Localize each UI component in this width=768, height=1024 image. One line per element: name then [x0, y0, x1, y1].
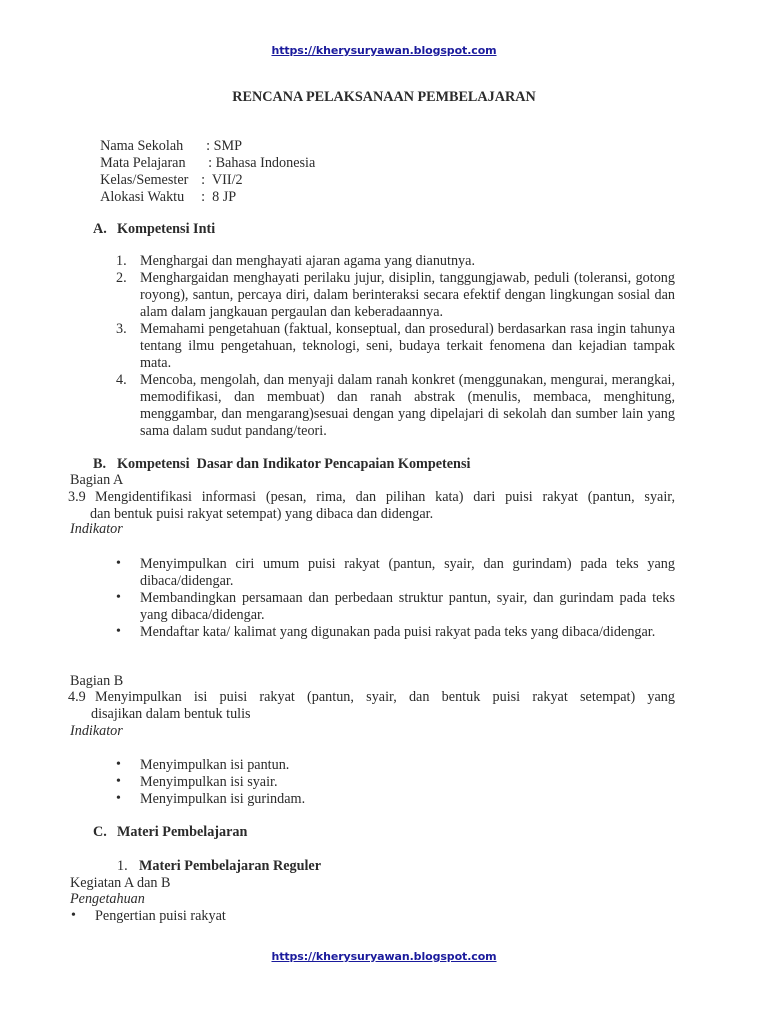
section-a-heading: A.Kompetensi Inti	[93, 221, 215, 238]
kd-line-2: disajikan dalam bentuk tulis	[70, 706, 675, 723]
section-c-marker: C.	[93, 824, 117, 841]
kd-code: 3.9	[69, 489, 95, 506]
indikator-a-item-3: • Mendaftar kata/ kalimat yang digunakan…	[140, 624, 675, 641]
pengetahuan-text: Pengertian puisi rakyat	[95, 908, 226, 924]
bullet-icon: •	[71, 908, 91, 925]
header-blog-link[interactable]: https://kherysuryawan.blogspot.com	[0, 43, 768, 60]
section-b-heading: B.Kompetensi Dasar dan Indikator Pencapa…	[93, 456, 470, 473]
indikator-a-item-1: • Menyimpulkan ciri umum puisi rakyat (p…	[140, 556, 675, 590]
section-c-heading: C.Materi Pembelajaran	[93, 824, 247, 841]
indikator-b-label: Indikator	[70, 723, 123, 740]
bagian-b-label: Bagian B	[70, 673, 123, 690]
section-c-title: Materi Pembelajaran	[117, 824, 247, 840]
kd-line-2: dan bentuk puisi rakyat setempat) yang d…	[70, 506, 675, 523]
pengetahuan-item-1: • Pengertian puisi rakyat	[95, 908, 495, 925]
bullet-icon: •	[116, 791, 136, 808]
kd-line-1: Mengidentifikasi informasi (pesan, rima,…	[95, 489, 675, 505]
ki-item-3: 3. Memahami pengetahuan (faktual, konsep…	[140, 321, 675, 372]
kd-code: 4.9	[69, 689, 95, 706]
materi-reguler-heading: 1.Materi Pembelajaran Reguler	[117, 858, 321, 875]
ki-item-2: 2. Menghargaidan menghayati perilaku juj…	[140, 270, 675, 321]
materi-reguler-number: 1.	[117, 858, 139, 875]
indikator-text: Menyimpulkan isi gurindam.	[140, 791, 305, 807]
indikator-text: Menyimpulkan isi pantun.	[140, 757, 289, 773]
ki-number: 1.	[116, 253, 136, 270]
bullet-icon: •	[116, 624, 136, 641]
kd-line-1: Menyimpulkan isi puisi rakyat (pantun, s…	[95, 689, 675, 705]
bullet-icon: •	[116, 757, 136, 774]
meta-label: Alokasi Waktu	[100, 189, 201, 206]
meta-alokasi-waktu: Alokasi Waktu: 8 JP	[93, 172, 236, 206]
section-a-marker: A.	[93, 221, 117, 238]
ki-number: 3.	[116, 321, 136, 338]
document-title: RENCANA PELAKSANAAN PEMBELAJARAN	[0, 89, 768, 106]
ki-text: Menghargai dan menghayati ajaran agama y…	[140, 253, 475, 269]
ki-text: Mencoba, mengolah, dan menyaji dalam ran…	[140, 372, 675, 439]
ki-text: Memahami pengetahuan (faktual, konseptua…	[140, 321, 675, 371]
indikator-text: Mendaftar kata/ kalimat yang digunakan p…	[140, 624, 655, 640]
ki-number: 4.	[116, 372, 136, 389]
kd-3-9: 3.9Mengidentifikasi informasi (pesan, ri…	[70, 489, 675, 523]
bullet-icon: •	[116, 590, 136, 607]
indikator-text: Menyimpulkan ciri umum puisi rakyat (pan…	[140, 556, 675, 589]
indikator-text: Membandingkan persamaan dan perbedaan st…	[140, 590, 675, 623]
kd-4-9: 4.9Menyimpulkan isi puisi rakyat (pantun…	[70, 689, 675, 723]
bagian-a-label: Bagian A	[70, 472, 123, 489]
indikator-text: Menyimpulkan isi syair.	[140, 774, 278, 790]
ki-item-1: 1. Menghargai dan menghayati ajaran agam…	[140, 253, 675, 270]
kegiatan-label: Kegiatan A dan B	[70, 875, 170, 892]
materi-reguler-title: Materi Pembelajaran Reguler	[139, 858, 321, 874]
ki-text: Menghargaidan menghayati perilaku jujur,…	[140, 270, 675, 320]
section-a-title: Kompetensi Inti	[117, 221, 215, 237]
meta-value: : 8 JP	[201, 189, 236, 205]
indikator-a-label: Indikator	[70, 521, 123, 538]
indikator-b-item-3: • Menyimpulkan isi gurindam.	[140, 791, 675, 808]
pengetahuan-label: Pengetahuan	[70, 891, 145, 908]
section-b-title: Kompetensi Dasar dan Indikator Pencapaia…	[117, 456, 470, 472]
ki-item-4: 4. Mencoba, mengolah, dan menyaji dalam …	[140, 372, 675, 440]
section-b-marker: B.	[93, 456, 117, 473]
bullet-icon: •	[116, 774, 136, 791]
ki-number: 2.	[116, 270, 136, 287]
indikator-b-item-2: • Menyimpulkan isi syair.	[140, 774, 675, 791]
bullet-icon: •	[116, 556, 136, 573]
footer-blog-link[interactable]: https://kherysuryawan.blogspot.com	[0, 949, 768, 966]
indikator-b-item-1: • Menyimpulkan isi pantun.	[140, 757, 675, 774]
indikator-a-item-2: • Membandingkan persamaan dan perbedaan …	[140, 590, 675, 624]
